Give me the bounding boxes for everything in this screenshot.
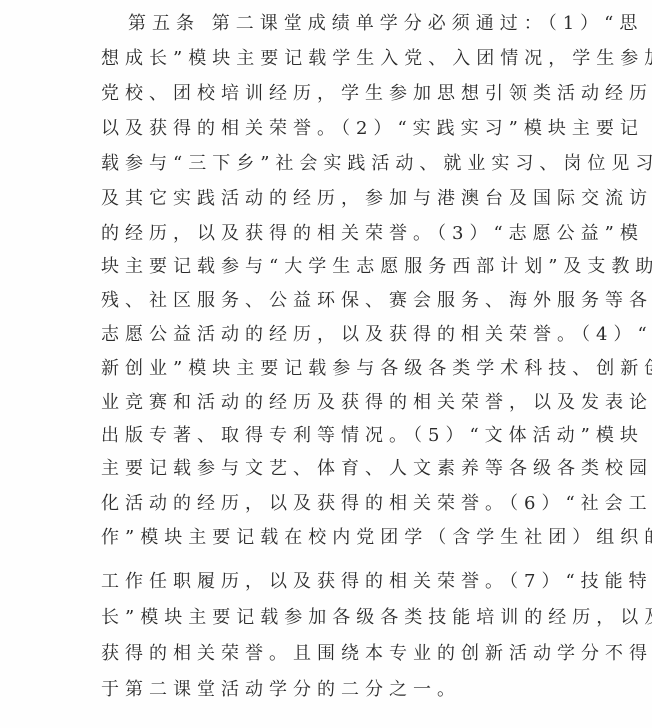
document-page: 第五条 第二课堂成绩单学分必须通过：（1）“思 想成长”模块主要记载学生入党、入…	[0, 0, 652, 728]
paragraph-line-4: 以及获得的相关荣誉。（2）“实践实习”模块主要记	[101, 118, 571, 140]
paragraph-line-17: 工作任职履历，以及获得的相关荣誉。（7）“技能特	[101, 571, 571, 593]
paragraph-line-18: 长”模块主要记载参加各级各类技能培训的经历，以及	[101, 607, 571, 629]
paragraph-line-13: 出版专著、取得专利等情况。（5）“文体活动”模块	[101, 425, 571, 447]
paragraph-line-3: 党校、团校培训经历，学生参加思想引领类活动经历，	[101, 83, 571, 105]
paragraph-line-2: 想成长”模块主要记载学生入党、入团情况，学生参加	[101, 48, 571, 70]
paragraph-line-19: 获得的相关荣誉。且围绕本专业的创新活动学分不得低	[101, 643, 571, 665]
paragraph-line-16: 作”模块主要记载在校内党团学（含学生社团）组织的	[101, 527, 571, 549]
paragraph-line-10: 志愿公益活动的经历，以及获得的相关荣誉。（4）“创	[101, 324, 571, 346]
paragraph-line-8: 块主要记载参与“大学生志愿服务西部计划”及支教助	[101, 256, 571, 278]
paragraph-line-5: 载参与“三下乡”社会实践活动、就业实习、岗位见习	[101, 153, 571, 175]
paragraph-line-20: 于第二课堂活动学分的二分之一。	[101, 679, 571, 701]
paragraph-line-14: 主要记载参与文艺、体育、人文素养等各级各类校园文	[101, 458, 571, 480]
paragraph-line-7: 的经历，以及获得的相关荣誉。（3）“志愿公益”模	[101, 223, 571, 245]
paragraph-line-12: 业竞赛和活动的经历及获得的相关荣誉，以及发表论文、	[101, 392, 571, 414]
paragraph-line-6: 及其它实践活动的经历，参加与港澳台及国际交流访学	[101, 188, 571, 210]
paragraph-line-15: 化活动的经历，以及获得的相关荣誉。（6）“社会工	[101, 493, 571, 515]
paragraph-line-9: 残、社区服务、公益环保、赛会服务、海外服务等各类	[101, 290, 571, 312]
paragraph-line-1: 第五条 第二课堂成绩单学分必须通过：（1）“思	[128, 13, 598, 35]
paragraph-line-11: 新创业”模块主要记载参与各级各类学术科技、创新创	[101, 358, 571, 380]
